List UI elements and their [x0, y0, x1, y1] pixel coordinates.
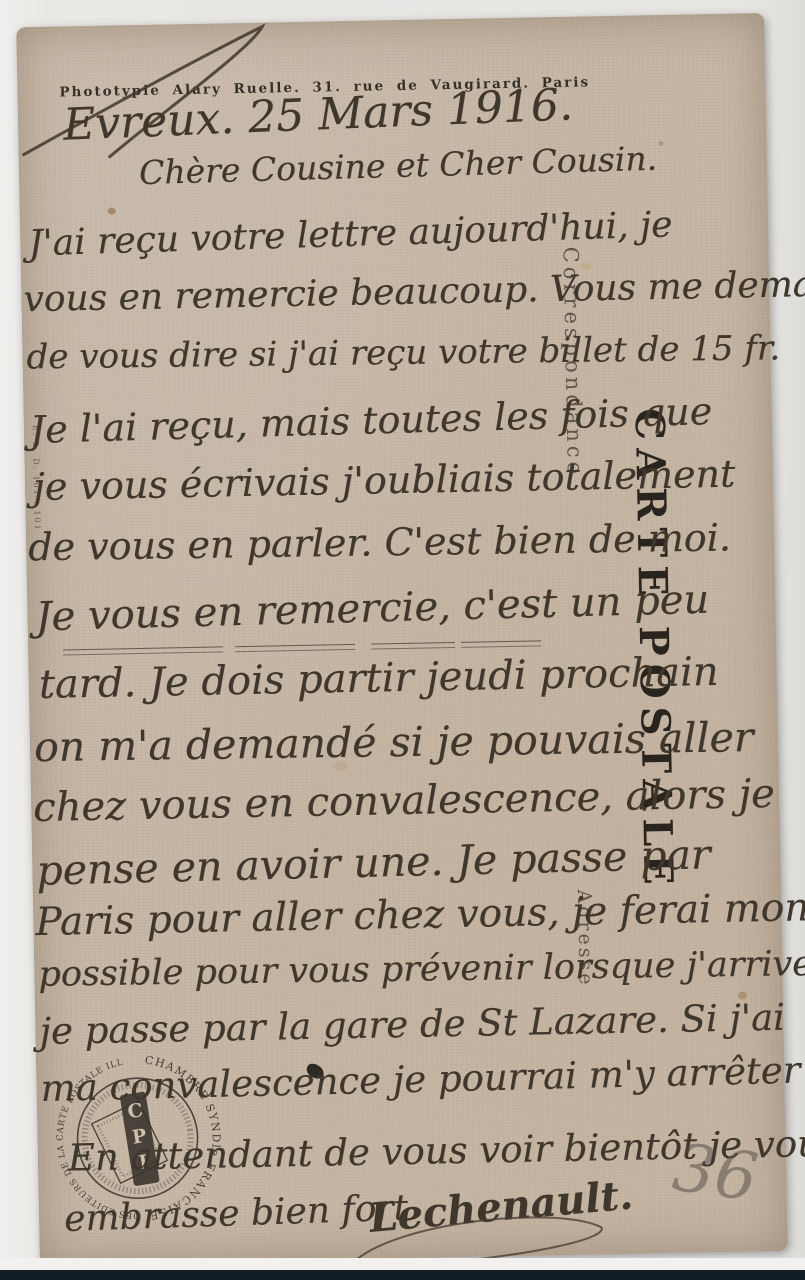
- printed-rule: [371, 642, 455, 650]
- handwritten-line: tard. Je dois partir jeudi prochain: [38, 649, 719, 708]
- printed-rule: [63, 646, 223, 655]
- scanner-edge-dark: [0, 1270, 805, 1280]
- pencil-number: 36: [668, 1129, 762, 1217]
- handwritten-line: pense en avoir une. Je passe par: [36, 830, 711, 894]
- foxing-spot: [658, 141, 663, 146]
- handwritten-line: Paris pour aller chez vous, je ferai mon: [35, 885, 805, 945]
- handwritten-line: Je l'ai reçu, mais toutes les fois que: [29, 389, 712, 452]
- foxing-spot: [108, 207, 116, 214]
- printed-rule: [235, 644, 355, 652]
- scanned-postcard-page: { "card": { "publisher_imprint": "Photot…: [0, 0, 805, 1280]
- handwritten-line: on m'a demandé si je pouvais aller: [34, 713, 754, 771]
- handwritten-line: possible pour vous prévenir lorsque j'ar…: [38, 943, 805, 994]
- postcard: Phototypie Alary Ruelle. 31. rue de Vaug…: [16, 13, 788, 1265]
- handwritten-line: de vous en parler. C'est bien de moi.: [28, 516, 731, 570]
- printed-rule: [461, 640, 541, 648]
- handwritten-line: Je vous en remercie, c'est un peu: [35, 577, 710, 641]
- handwritten-line: vous en remercie beaucoup. Vous me deman…: [23, 262, 805, 320]
- handwritten-line: de vous dire si j'ai reçu votre billet d…: [26, 328, 780, 377]
- handwritten-line: je passe par la gare de St Lazare. Si j'…: [39, 996, 785, 1053]
